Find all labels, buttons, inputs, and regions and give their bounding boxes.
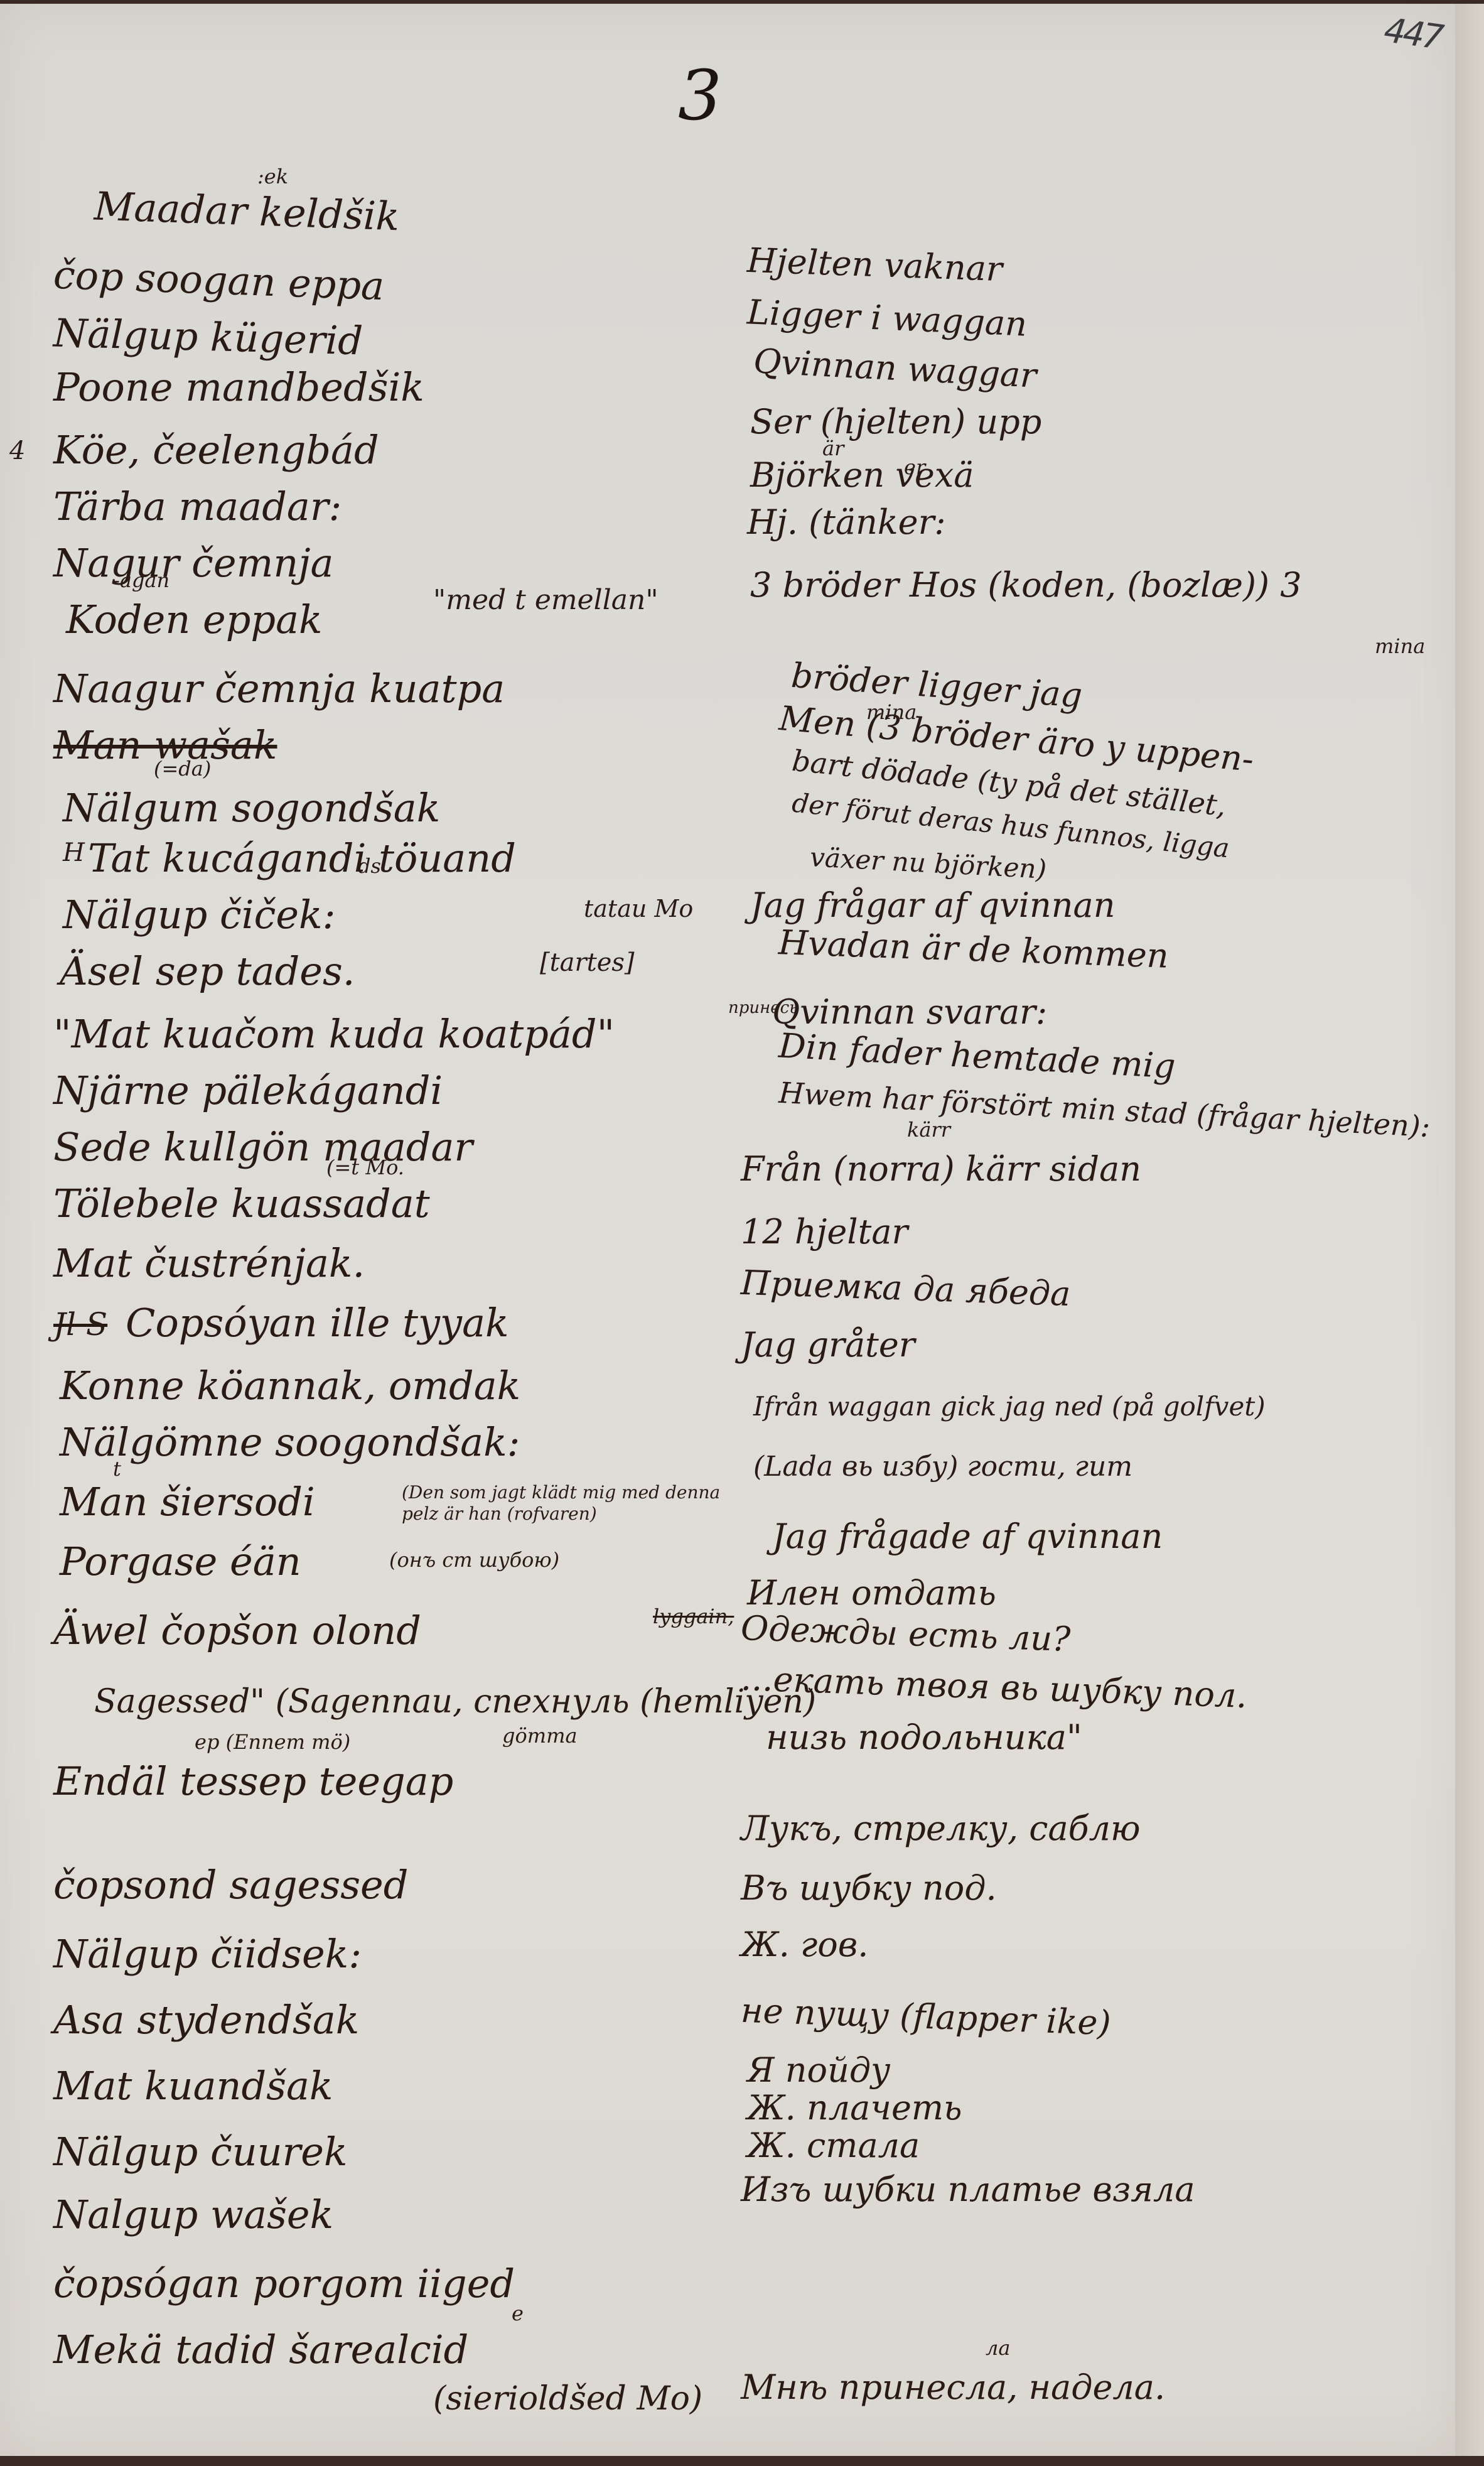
struck-suffix: lyggain, bbox=[653, 1604, 734, 1628]
folio-number: 447 bbox=[1382, 10, 1444, 57]
left-line: Nälgup čiček: bbox=[63, 892, 335, 938]
left-line: Nälgömne soogondšak: bbox=[60, 1419, 520, 1465]
right-line: Лукъ, стрелку, саблю bbox=[741, 1809, 1141, 1848]
margin-mark: H bbox=[63, 838, 85, 867]
right-line: Ifrån waggan gick jag ned (på golfvet) bbox=[753, 1391, 1266, 1422]
left-line: Naagur čemnja kuatpa bbox=[53, 666, 505, 711]
left-line: Tölebele kuassadat bbox=[53, 1181, 430, 1226]
left-line: Nälgup čiidsek: bbox=[53, 1931, 362, 1977]
right-line: Jag frågade af qvinnan bbox=[772, 1517, 1163, 1556]
right-line: Jag gråter bbox=[741, 1325, 915, 1365]
interlinear-note: kärr bbox=[907, 1118, 950, 1142]
right-line: (Lada вь избу) гости, гит bbox=[753, 1451, 1132, 1483]
struck-prefix: Jl S bbox=[53, 1306, 107, 1343]
left-line: Tat kucágandi töuand bbox=[88, 835, 516, 881]
interlinear-note: :ek bbox=[257, 165, 288, 188]
right-line: Я пойду bbox=[747, 2050, 890, 2090]
interlinear-note: tatau Mo bbox=[584, 895, 693, 922]
right-line: Въ шубку под. bbox=[741, 1868, 997, 1908]
left-line: čopsond sagessed bbox=[53, 1862, 408, 1908]
left-line: čopsógan porgom iiged bbox=[53, 2261, 515, 2306]
left-line: Poone mandbedšik bbox=[53, 364, 424, 410]
right-line: низь подольника" bbox=[766, 1717, 1082, 1757]
right-line: Ж. стала bbox=[747, 2126, 920, 2165]
left-line: Copsóyan ille tyyak bbox=[126, 1300, 509, 1346]
interlinear-note: "med t emellan" bbox=[433, 584, 659, 616]
left-line: Nälgup kügerid bbox=[53, 310, 363, 364]
interlinear-note: ла bbox=[986, 2336, 1010, 2360]
left-line: Nälgup čuurek bbox=[53, 2129, 348, 2175]
left-line: Mat čustrénjak. bbox=[53, 1240, 365, 1286]
right-line: Илен отдать bbox=[747, 1573, 996, 1613]
left-line: Asa stydendšak bbox=[53, 1997, 359, 2043]
right-line: Jag frågar af qvinnan bbox=[750, 885, 1116, 925]
left-line: Mekä tadid šarealcid bbox=[53, 2327, 468, 2372]
right-line: Från (norra) kärr sidan bbox=[741, 1149, 1141, 1189]
right-line: Hj. (tänker: bbox=[747, 502, 946, 542]
right-line: 3 bröder Hos (koden, (bozlæ)) 3 bbox=[750, 565, 1302, 605]
left-line: Tärba maadar: bbox=[53, 484, 341, 529]
left-line: Äwel čopšon olond bbox=[53, 1608, 421, 1653]
interlinear-note: t bbox=[113, 1457, 121, 1481]
interlinear-note: mina bbox=[1375, 634, 1425, 658]
interlinear-note: e bbox=[512, 2301, 524, 2325]
interlinear-note: (=da) bbox=[154, 757, 211, 781]
left-line: Nagur čemnja bbox=[53, 540, 334, 586]
interlinear-note: -agan bbox=[113, 568, 169, 592]
left-line: Nalgup wašek bbox=[53, 2192, 333, 2237]
right-line: Qvinnan svarar: bbox=[772, 992, 1047, 1032]
right-line: 12 hjeltar bbox=[741, 1212, 908, 1252]
page-edge bbox=[1455, 4, 1484, 2456]
left-line: (sierioldšed Mo) bbox=[433, 2380, 702, 2418]
interlinear-note: ds bbox=[358, 854, 381, 878]
interlinear-gloss-russian: (онъ ст шубою) bbox=[389, 1548, 559, 1572]
right-line: Ser (hjelten) upp bbox=[750, 402, 1041, 441]
left-line: Nälgum sogondšak bbox=[63, 785, 440, 831]
interlinear-gloss: (Den som jagt klädt mig med denna pelz ä… bbox=[402, 1482, 753, 1525]
right-line: Ж. плачеть bbox=[747, 2088, 962, 2128]
margin-number: 4 bbox=[9, 436, 25, 465]
interlinear-note: är bbox=[822, 436, 844, 460]
interlinear-note: (=t Mo. bbox=[326, 1155, 404, 1179]
left-line: Konne köannak, omdak bbox=[60, 1363, 520, 1409]
interlinear-note: er bbox=[904, 455, 925, 479]
interlinear-note: ep (Ennem mö) bbox=[195, 1730, 350, 1754]
left-line: Koden eppak bbox=[66, 597, 323, 642]
left-line: Köe, čeelengbád bbox=[53, 427, 379, 473]
right-line: Ж. гов. bbox=[741, 1925, 868, 1964]
right-line: Мнѣ принесла, надела. bbox=[741, 2367, 1165, 2407]
left-line: Sagessed" (Sagennau, спехнуль (hemliyen) bbox=[94, 1683, 816, 1721]
left-line: Njärne pälekágandi bbox=[53, 1068, 443, 1113]
interlinear-note: [tartes] bbox=[540, 948, 635, 977]
left-line: Mat kuandšak bbox=[53, 2063, 333, 2109]
section-number: 3 bbox=[678, 55, 722, 136]
right-line: Björken vexä bbox=[750, 455, 974, 495]
left-line: Endäl tessep teegap bbox=[53, 1758, 453, 1804]
interlinear-note: gömma bbox=[502, 1724, 578, 1748]
left-line: Porgase éän bbox=[60, 1539, 301, 1584]
left-line: Man šiersodi bbox=[60, 1479, 315, 1525]
interlinear-note: mina bbox=[866, 700, 917, 724]
right-line: Изъ шубки платье взяла bbox=[741, 2170, 1195, 2209]
left-line: Sede kullgön maadar bbox=[53, 1124, 473, 1170]
left-line: Äsel sep tades. bbox=[60, 948, 355, 994]
left-line: "Mat kuačom kuda koatpád" bbox=[53, 1011, 615, 1057]
